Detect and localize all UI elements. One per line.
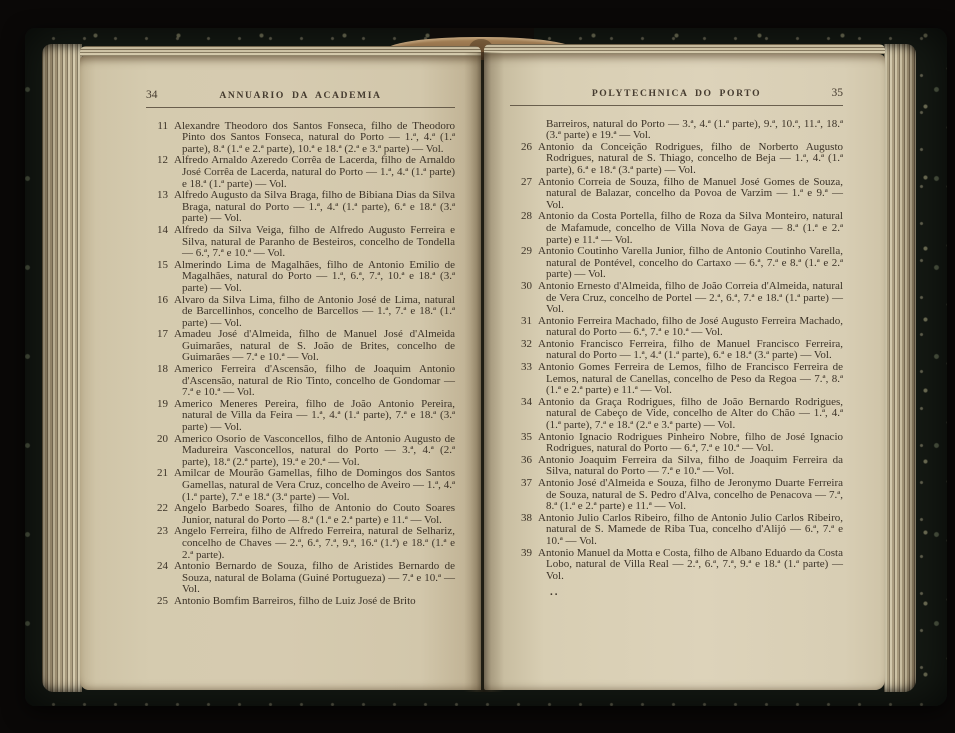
entry-text: Antonio da Conceição Rodrigues, filho de… (538, 141, 843, 176)
register-entry: 16Alvaro da Silva Lima, filho de Antonio… (146, 295, 455, 330)
register-entry: 32Antonio Francisco Ferreira, filho de M… (510, 339, 843, 362)
entry-text: Angelo Ferreira, filho de Alfredo Ferrei… (174, 525, 455, 560)
entry-text: Antonio da Graça Rodrigues, filho de Joã… (538, 396, 843, 431)
entry-number: 33 (510, 362, 532, 374)
right-page: POLYTECHNICA DO PORTO 35 Barreiros, natu… (484, 54, 885, 690)
entry-number: 34 (510, 397, 532, 409)
entry-number: 32 (510, 339, 532, 351)
entry-text: Antonio Francisco Ferreira, filho de Man… (538, 338, 843, 362)
entry-text: Antonio Bernardo de Souza, filho de Aris… (174, 560, 455, 595)
right-page-content: POLYTECHNICA DO PORTO 35 Barreiros, natu… (510, 88, 843, 599)
register-entry: 28Antonio da Costa Portella, filho de Ro… (510, 211, 843, 246)
entry-text: Alfredo da Silva Veiga, filho de Alfredo… (174, 224, 455, 259)
left-entry-list: 11Alexandre Theodoro dos Santos Fonseca,… (146, 121, 455, 608)
register-entry: 12Alfredo Arnaldo Azeredo Corrêa de Lace… (146, 155, 455, 190)
entry-number: 23 (146, 526, 168, 538)
page-top-edge-left (80, 46, 481, 56)
entry-text: Antonio Ernesto d'Almeida, filho de João… (538, 280, 843, 315)
entry-text: Antonio Ferreira Machado, filho de José … (538, 315, 843, 339)
right-page-header: POLYTECHNICA DO PORTO 35 (510, 88, 843, 100)
register-entry: 23Angelo Ferreira, filho de Alfredo Ferr… (146, 526, 455, 561)
left-header-rule (146, 107, 455, 108)
entry-number: 12 (146, 155, 168, 167)
register-entry: 21Amilcar de Mourão Gamellas, filho de D… (146, 468, 455, 503)
register-entry: 34Antonio da Graça Rodrigues, filho de J… (510, 397, 843, 432)
entry-text: Antonio Gomes Ferreira de Lemos, filho d… (538, 361, 843, 396)
entry-number: 38 (510, 513, 532, 525)
register-entry: 18Americo Ferreira d'Ascensão, filho de … (146, 364, 455, 399)
entry-text: Antonio da Costa Portella, filho de Roza… (538, 210, 843, 245)
entry-number: 35 (510, 432, 532, 444)
register-entry: 15Almerindo Lima de Magalhães, filho de … (146, 260, 455, 295)
entry-text: Alfredo Augusto da Silva Braga, filho de… (174, 189, 455, 224)
left-page: 34 ANNUARIO DA ACADEMIA 11Alexandre Theo… (80, 56, 481, 690)
book-photo-scene: 34 ANNUARIO DA ACADEMIA 11Alexandre Theo… (0, 0, 955, 733)
entry-number: 36 (510, 455, 532, 467)
entry-number: 28 (510, 211, 532, 223)
register-entry: 13Alfredo Augusto da Silva Braga, filho … (146, 190, 455, 225)
entry-number: 39 (510, 548, 532, 560)
register-entry: 38Antonio Julio Carlos Ribeiro, filho de… (510, 513, 843, 548)
signature-mark: .. (510, 587, 843, 599)
entry-text: Antonio Ignacio Rodrigues Pinheiro Nobre… (538, 431, 843, 455)
entry-text: Antonio Correia de Souza, filho de Manue… (538, 176, 843, 211)
entry-number: 29 (510, 246, 532, 258)
register-entry: 35Antonio Ignacio Rodrigues Pinheiro Nob… (510, 432, 843, 455)
left-page-header: 34 ANNUARIO DA ACADEMIA (146, 90, 455, 102)
entry-number: 26 (510, 142, 532, 154)
register-entry: 25Antonio Bomfim Barreiros, filho de Lui… (146, 596, 455, 608)
entry-text: Amadeu José d'Almeida, filho de Manuel J… (174, 328, 455, 363)
register-entry: 17Amadeu José d'Almeida, filho de Manuel… (146, 329, 455, 364)
register-entry: 37Antonio José d'Almeida e Souza, filho … (510, 478, 843, 513)
entry-number: 15 (146, 260, 168, 272)
entry-text: Antonio Manuel da Motta e Costa, filho d… (538, 547, 843, 582)
entry-number: 17 (146, 329, 168, 341)
entry-number: 30 (510, 281, 532, 293)
entry-text: Alexandre Theodoro dos Santos Fonseca, f… (174, 120, 455, 155)
entry-number: 31 (510, 316, 532, 328)
right-header-rule (510, 105, 843, 106)
register-entry: 19Americo Meneres Pereira, filho de João… (146, 399, 455, 434)
entry-number: 20 (146, 434, 168, 446)
entry-text: Antonio José d'Almeida e Souza, filho de… (538, 477, 843, 512)
register-entry: 14Alfredo da Silva Veiga, filho de Alfre… (146, 225, 455, 260)
register-entry: 11Alexandre Theodoro dos Santos Fonseca,… (146, 121, 455, 156)
register-entry: 39Antonio Manuel da Motta e Costa, filho… (510, 548, 843, 583)
entry-text: Alfredo Arnaldo Azeredo Corrêa de Lacerd… (174, 154, 455, 189)
entry-text: Americo Ferreira d'Ascensão, filho de Jo… (174, 363, 455, 398)
register-entry: 29Antonio Coutinho Varella Junior, filho… (510, 246, 843, 281)
entry-number: 16 (146, 295, 168, 307)
entry-number: 24 (146, 561, 168, 573)
entry-number: 13 (146, 190, 168, 202)
entry-number: 25 (146, 596, 168, 608)
entry-text: Antonio Julio Carlos Ribeiro, filho de A… (538, 512, 843, 547)
entry-number: 18 (146, 364, 168, 376)
page-edges-right (884, 44, 916, 692)
left-page-number: 34 (146, 90, 180, 102)
right-entry-list: 26Antonio da Conceição Rodrigues, filho … (510, 142, 843, 583)
entry-number: 14 (146, 225, 168, 237)
entry-text: Amilcar de Mourão Gamellas, filho de Dom… (174, 467, 455, 502)
entry-text: Americo Osorio de Vasconcellos, filho de… (174, 433, 455, 468)
left-page-content: 34 ANNUARIO DA ACADEMIA 11Alexandre Theo… (146, 90, 455, 608)
entry-number: 37 (510, 478, 532, 490)
register-entry: 36Antonio Joaquim Ferreira da Silva, fil… (510, 455, 843, 478)
entry-number: 27 (510, 177, 532, 189)
right-page-number: 35 (809, 88, 843, 100)
register-entry: 31Antonio Ferreira Machado, filho de Jos… (510, 316, 843, 339)
entry-text: Angelo Barbedo Soares, filho de Antonio … (174, 502, 455, 526)
page-edges-left (42, 44, 82, 692)
entry-text: Alvaro da Silva Lima, filho de Antonio J… (174, 294, 455, 329)
entry-number: 19 (146, 399, 168, 411)
right-running-title: POLYTECHNICA DO PORTO (544, 88, 809, 100)
register-entry: 26Antonio da Conceição Rodrigues, filho … (510, 142, 843, 177)
page-top-edge-right (484, 44, 885, 54)
entry-text: Antonio Bomfim Barreiros, filho de Luiz … (174, 595, 416, 607)
register-entry: 30Antonio Ernesto d'Almeida, filho de Jo… (510, 281, 843, 316)
register-entry: 20Americo Osorio de Vasconcellos, filho … (146, 434, 455, 469)
register-entry: 22Angelo Barbedo Soares, filho de Antoni… (146, 503, 455, 526)
entry-text: Americo Meneres Pereira, filho de João A… (174, 398, 455, 433)
register-entry: 27Antonio Correia de Souza, filho de Man… (510, 177, 843, 212)
entry-text: Almerindo Lima de Magalhães, filho de An… (174, 259, 455, 294)
register-entry: 33Antonio Gomes Ferreira de Lemos, filho… (510, 362, 843, 397)
entry-text: Antonio Joaquim Ferreira da Silva, filho… (538, 454, 843, 478)
entry-text: Antonio Coutinho Varella Junior, filho d… (538, 245, 843, 280)
entry-number: 21 (146, 468, 168, 480)
entry-number: 22 (146, 503, 168, 515)
entry-number: 11 (146, 121, 168, 133)
continuation-paragraph: Barreiros, natural do Porto — 3.ª, 4.ª (… (510, 119, 843, 142)
left-running-title: ANNUARIO DA ACADEMIA (180, 90, 421, 102)
register-entry: 24Antonio Bernardo de Souza, filho de Ar… (146, 561, 455, 596)
